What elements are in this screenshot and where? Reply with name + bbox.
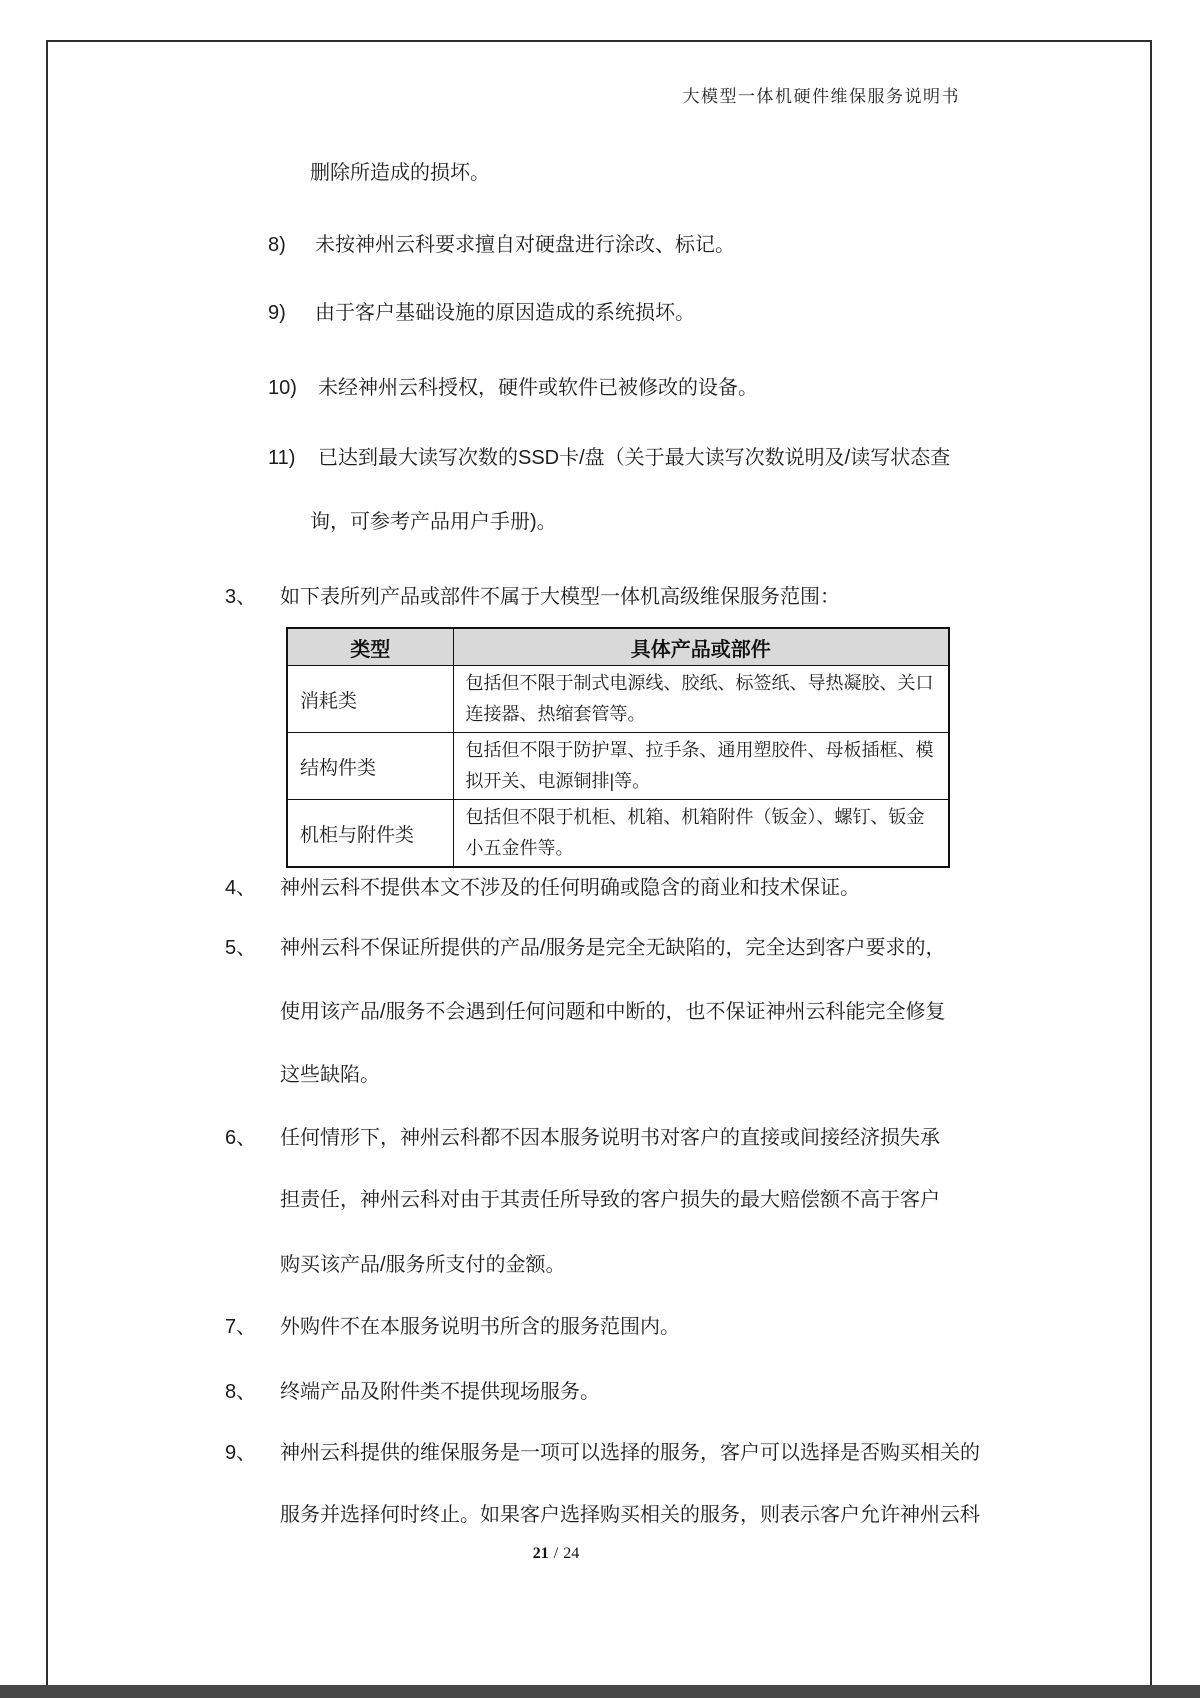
body-line-continuation-7: 删除所造成的损坏。	[0, 159, 1200, 189]
item-number: 5、	[225, 934, 256, 962]
cell-desc: 包括但不限于制式电源线、胶纸、标签纸、导热凝胶、关口连接器、热缩套管等。	[453, 666, 949, 733]
next-page-edge	[0, 1685, 1200, 1698]
item-number: 8、	[225, 1378, 256, 1406]
item-6-continuation-2: 购买该产品/服务所支付的金额。	[0, 1251, 1200, 1281]
line-text: 任何情形下，神州云科都不因本服务说明书对客户的直接或间接经济损失承	[280, 1124, 940, 1152]
item-number: 7、	[225, 1313, 256, 1341]
document-page: 大模型一体机硬件维保服务说明书 删除所造成的损坏。 8) 未按神州云科要求擅自对…	[0, 0, 1200, 1698]
sub-list-item-9: 9) 由于客户基础设施的原因造成的系统损坏。	[0, 299, 1200, 329]
sub-item-11-continuation: 询，可参考产品用户手册)。	[0, 508, 1200, 538]
cell-type: 结构件类	[287, 733, 453, 800]
table-row-cabinet: 机柜与附件类 包括但不限于机柜、机箱、机箱附件（钣金）、螺钉、钣金小五金件等。	[287, 800, 949, 868]
page-number: 21	[533, 1545, 549, 1562]
main-item-9: 9、 神州云科提供的维保服务是一项可以选择的服务，客户可以选择是否购买相关的	[0, 1439, 1200, 1469]
main-item-4: 4、 神州云科不提供本文不涉及的任何明确或隐含的商业和技术保证。	[0, 874, 1200, 904]
table-row-consumables: 消耗类 包括但不限于制式电源线、胶纸、标签纸、导热凝胶、关口连接器、热缩套管等。	[287, 666, 949, 733]
line-text: 已达到最大读写次数的SSD卡/盘（关于最大读写次数说明及/读写状态查	[318, 444, 950, 472]
document-title: 大模型一体机硬件维保服务说明书	[683, 87, 961, 106]
line-text: 终端产品及附件类不提供现场服务。	[280, 1378, 600, 1406]
table-header-type: 类型	[287, 628, 453, 666]
line-text: 询，可参考产品用户手册)。	[310, 508, 557, 536]
main-item-3: 3、 如下表所列产品或部件不属于大模型一体机高级维保服务范围：	[0, 583, 1200, 613]
table-header-row: 类型 具体产品或部件	[287, 628, 949, 666]
item-5-continuation-2: 这些缺陷。	[0, 1061, 1200, 1091]
main-item-6: 6、 任何情形下，神州云科都不因本服务说明书对客户的直接或间接经济损失承	[0, 1124, 1200, 1154]
cell-desc: 包括但不限于机柜、机箱、机箱附件（钣金）、螺钉、钣金小五金件等。	[453, 800, 949, 868]
line-text: 删除所造成的损坏。	[310, 159, 490, 187]
table-header-product: 具体产品或部件	[453, 628, 949, 666]
main-item-5: 5、 神州云科不保证所提供的产品/服务是完全无缺陷的，完全达到客户要求的，	[0, 934, 1200, 964]
item-number: 6、	[225, 1124, 256, 1152]
exclusion-table: 类型 具体产品或部件 消耗类 包括但不限于制式电源线、胶纸、标签纸、导热凝胶、关…	[286, 627, 950, 868]
cell-type: 消耗类	[287, 666, 453, 733]
item-number: 11)	[268, 444, 295, 472]
line-text: 如下表所列产品或部件不属于大模型一体机高级维保服务范围：	[280, 583, 840, 611]
item-9-continuation-1: 服务并选择何时终止。如果客户选择购买相关的服务，则表示客户允许神州云科	[0, 1501, 1200, 1531]
cell-desc: 包括但不限于防护罩、拉手条、通用塑胶件、母板插框、模拟开关、电源铜排|等。	[453, 733, 949, 800]
item-number: 3、	[225, 583, 256, 611]
line-text: 神州云科提供的维保服务是一项可以选择的服务，客户可以选择是否购买相关的	[280, 1439, 980, 1467]
line-text: 未按神州云科要求擅自对硬盘进行涂改、标记。	[315, 231, 735, 259]
line-text: 由于客户基础设施的原因造成的系统损坏。	[315, 299, 695, 327]
line-text: 神州云科不保证所提供的产品/服务是完全无缺陷的，完全达到客户要求的，	[280, 934, 946, 962]
item-5-continuation-1: 使用该产品/服务不会遇到任何问题和中断的，也不保证神州云科能完全修复	[0, 998, 1200, 1028]
line-text: 担责任，神州云科对由于其责任所导致的客户损失的最大赔偿额不高于客户	[280, 1186, 940, 1214]
total-pages: 24	[563, 1545, 579, 1562]
item-number: 9、	[225, 1439, 256, 1467]
item-number: 8)	[268, 231, 286, 259]
page-footer: 21/24	[0, 1545, 1112, 1563]
line-text: 外购件不在本服务说明书所含的服务范围内。	[280, 1313, 680, 1341]
cell-type: 机柜与附件类	[287, 800, 453, 868]
line-text: 使用该产品/服务不会遇到任何问题和中断的，也不保证神州云科能完全修复	[280, 998, 946, 1026]
page-number-separator: /	[554, 1545, 558, 1562]
item-6-continuation-1: 担责任，神州云科对由于其责任所导致的客户损失的最大赔偿额不高于客户	[0, 1186, 1200, 1216]
item-number: 9)	[268, 299, 286, 327]
sub-list-item-10: 10) 未经神州云科授权，硬件或软件已被修改的设备。	[0, 374, 1200, 404]
line-text: 这些缺陷。	[280, 1061, 380, 1089]
page-header: 大模型一体机硬件维保服务说明书	[683, 82, 961, 107]
main-item-8: 8、 终端产品及附件类不提供现场服务。	[0, 1378, 1200, 1408]
line-text: 服务并选择何时终止。如果客户选择购买相关的服务，则表示客户允许神州云科	[280, 1501, 980, 1529]
line-text: 购买该产品/服务所支付的金额。	[280, 1251, 566, 1279]
table-row-structural: 结构件类 包括但不限于防护罩、拉手条、通用塑胶件、母板插框、模拟开关、电源铜排|…	[287, 733, 949, 800]
sub-list-item-8: 8) 未按神州云科要求擅自对硬盘进行涂改、标记。	[0, 231, 1200, 261]
line-text: 未经神州云科授权，硬件或软件已被修改的设备。	[318, 374, 758, 402]
item-number: 4、	[225, 874, 256, 902]
main-item-7: 7、 外购件不在本服务说明书所含的服务范围内。	[0, 1313, 1200, 1343]
line-text: 神州云科不提供本文不涉及的任何明确或隐含的商业和技术保证。	[280, 874, 860, 902]
sub-list-item-11: 11) 已达到最大读写次数的SSD卡/盘（关于最大读写次数说明及/读写状态查	[0, 444, 1200, 474]
item-number: 10)	[268, 374, 297, 402]
